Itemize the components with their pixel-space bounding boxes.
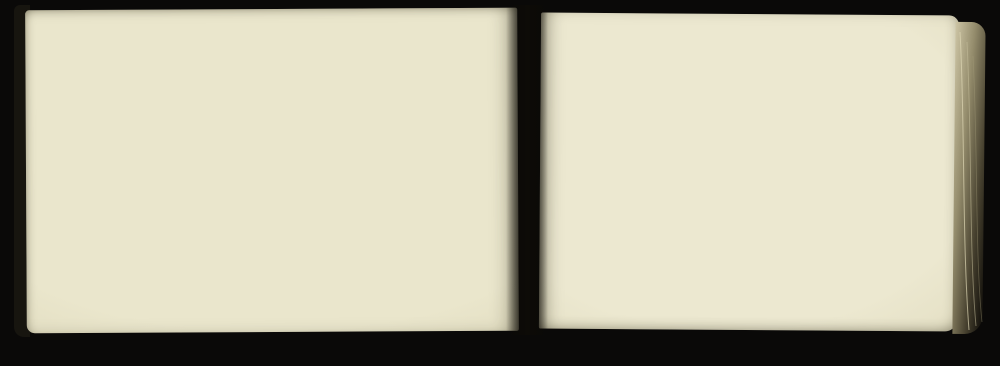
- survey-drawing: [0, 0, 1000, 366]
- page-edge-lines: [960, 32, 982, 330]
- notebook-photo: [0, 0, 1000, 366]
